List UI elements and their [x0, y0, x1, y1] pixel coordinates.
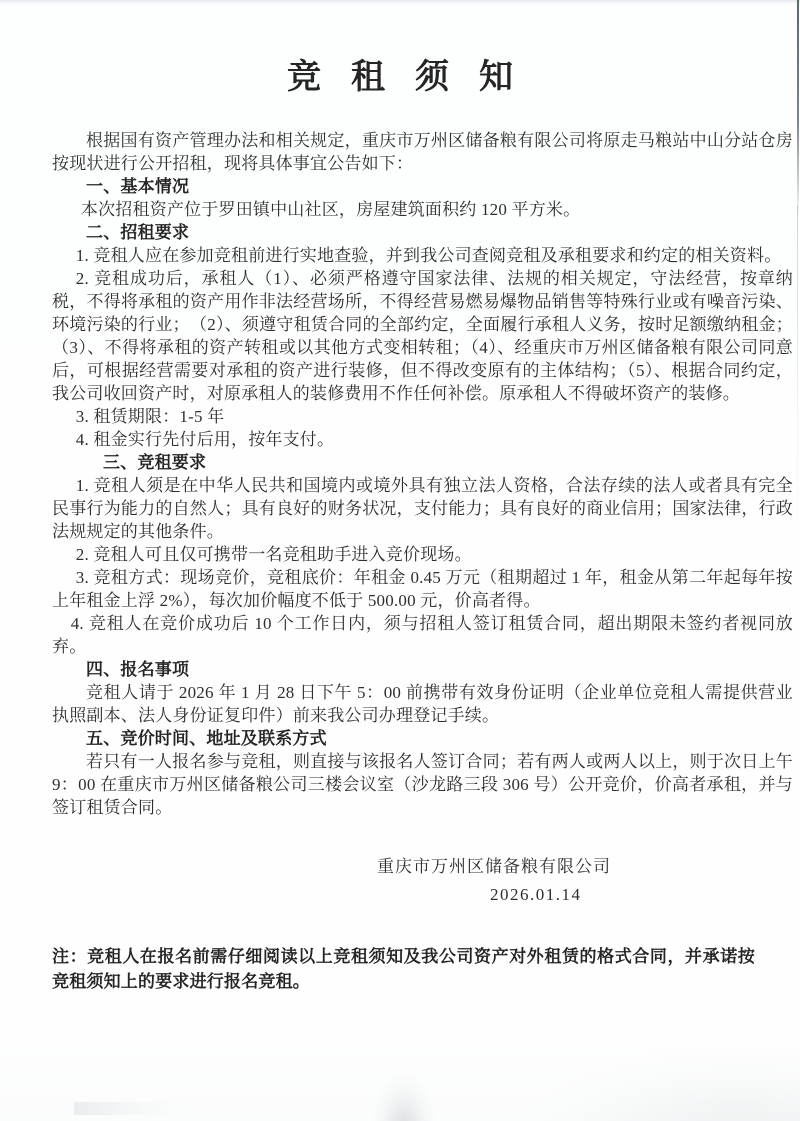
section-3-item-3: 3. 竞租方式：现场竞价，竞租底价：年租金 0.45 万元（租期超过 1 年，租…: [52, 566, 793, 612]
section-4-paragraph: 竞租人请于 2026 年 1 月 28 日下午 5：00 前携带有效身份证明（企…: [52, 681, 793, 727]
section-heading-2: 二、招租要求: [52, 221, 793, 244]
section-heading-4: 四、报名事项: [52, 658, 793, 681]
scan-smudge-bottom-right: [530, 1046, 800, 1121]
intro-paragraph: 根据国有资产管理办法和相关规定，重庆市万州区储备粮有限公司将原走马粮站中山分站仓…: [52, 129, 793, 175]
signature-date: 2026.01.14: [490, 883, 793, 906]
scan-smudge-bottom-center: [372, 1073, 436, 1121]
document-body: 根据国有资产管理办法和相关规定，重庆市万州区储备粮有限公司将原走马粮站中山分站仓…: [0, 96, 800, 994]
section-heading-5: 五、竞价时间、地址及联系方式: [52, 727, 793, 750]
section-2-item-1: 1. 竞租人应在参加竞租前进行实地查验，并到我公司查阅竞租及承租要求和约定的相关…: [52, 244, 793, 267]
section-2-item-3: 3. 租赁期限：1-5 年: [52, 405, 793, 428]
document-title: 竞租须知: [257, 59, 543, 96]
section-2-item-4: 4. 租金实行先付后用，按年支付。: [52, 428, 793, 451]
signature-company: 重庆市万州区储备粮有限公司: [377, 855, 793, 878]
section-5-paragraph: 若只有一人报名参与竞租，则直接与该报名人签订合同；若有两人或两人以上，则于次日上…: [52, 750, 793, 819]
section-3-item-1: 1. 竞租人须是在中华人民共和国境内或境外具有独立法人资格，合法存续的法人或者具…: [52, 474, 793, 543]
section-3-item-4: 4. 竞租人在竞价成功后 10 个工作日内，须与招租人签订租赁合同，超出期限未签…: [52, 612, 793, 658]
section-3-item-2: 2. 竞租人可且仅可携带一名竞租助手进入竞价现场。: [52, 543, 793, 566]
title-row: 竞租须知: [0, 0, 800, 96]
scanned-document-page: 竞租须知 根据国有资产管理办法和相关规定，重庆市万州区储备粮有限公司将原走马粮站…: [0, 0, 800, 1121]
section-1-paragraph: 本次招租资产位于罗田镇中山社区，房屋建筑面积约 120 平方米。: [52, 198, 793, 221]
section-2-item-2: 2. 竞租成功后，承租人（1）、必须严格遵守国家法律、法规的相关规定，守法经营，…: [52, 267, 793, 405]
footer-note: 注：竞租人在报名前需仔细阅读以上竞租须知及我公司资产对外租赁的格式合同，并承诺按…: [52, 944, 793, 994]
scan-smudge-bottom-left: [74, 1102, 186, 1115]
signature-block: 重庆市万州区储备粮有限公司 2026.01.14: [52, 855, 793, 906]
section-heading-3: 三、竞租要求: [52, 451, 793, 474]
section-heading-1: 一、基本情况: [52, 175, 793, 198]
